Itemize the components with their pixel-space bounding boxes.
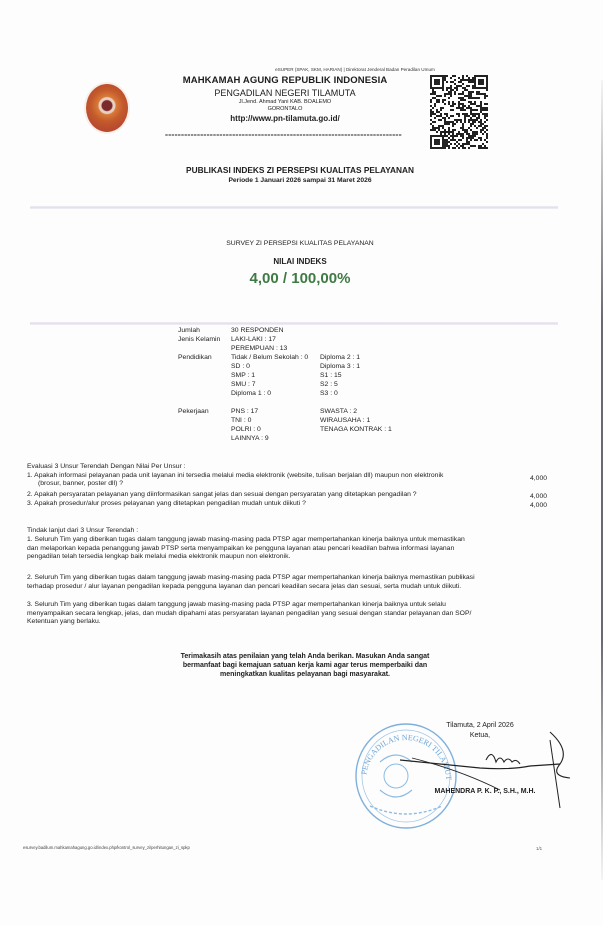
evaluation-score-1: 4,000 (530, 475, 547, 482)
job-item: TNI : 0 (231, 416, 269, 425)
org-city: GORONTALO (150, 106, 420, 112)
followup-line: terhadap prosedur / alur layanan pengadi… (27, 583, 582, 592)
edu-item: Diploma 1 : 0 (231, 389, 308, 398)
footer-url: esurvey.badilum.mahkamahagung.go.id/inde… (23, 845, 190, 850)
publication-title: PUBLIKASI INDEKS ZI PERSEPSI KUALITAS PE… (100, 165, 500, 175)
qr-code-icon (430, 75, 488, 149)
closing-message: Terimakasih atas penilaian yang telah An… (140, 652, 470, 679)
court-emblem-icon (86, 84, 128, 132)
edu-item: Diploma 2 : 1 (320, 353, 360, 362)
evaluation-heading: Evaluasi 3 Unsur Terendah Dengan Nilai P… (27, 463, 186, 472)
education-col2: Diploma 2 : 1 Diploma 3 : 1 S1 : 15 S2 :… (320, 353, 360, 398)
followup-item-1: 1. Seluruh Tim yang diberikan tugas dala… (27, 536, 582, 562)
evaluation-score-2: 4,000 (530, 493, 547, 500)
followup-line: 3. Seluruh Tim yang diberikan tugas dala… (27, 601, 582, 610)
gender-female: PEREMPUAN : 13 (231, 344, 287, 353)
gender-male: LAKI-LAKI : 17 (231, 335, 276, 344)
followup-item-2: 2. Seluruh Tim yang diberikan tugas dala… (27, 574, 582, 591)
edu-item: S1 : 15 (320, 371, 360, 380)
edu-item: Tidak / Belum Sekolah : 0 (231, 353, 308, 362)
org-title: MAHKAMAH AGUNG REPUBLIK INDONESIA (150, 75, 420, 86)
signature-icon (400, 730, 580, 810)
followup-line: 1. Seluruh Tim yang diberikan tugas dala… (27, 536, 582, 545)
followup-line: dan melaporkan kepada penanggung jawab P… (27, 545, 582, 554)
survey-name: SURVEY ZI PERSEPSI KUALITAS PELAYANAN (150, 240, 450, 247)
job-item: LAINNYA : 9 (231, 434, 269, 443)
jumlah-label: Jumlah (178, 326, 200, 335)
job-item: PNS : 17 (231, 407, 269, 416)
followup-heading: Tindak lanjut dari 3 Unsur Terendah : (27, 527, 582, 536)
edu-item: SMP : 1 (231, 371, 308, 380)
section-divider (30, 322, 558, 325)
job-col1: PNS : 17 TNI : 0 POLRI : 0 LAINNYA : 9 (231, 407, 269, 443)
index-label: NILAI INDEKS (150, 257, 450, 266)
followup-line: 2. Seluruh Tim yang diberikan tugas dala… (27, 574, 582, 583)
edu-item: S3 : 0 (320, 389, 360, 398)
scan-edge (601, 80, 603, 880)
gender-label: Jenis Kelamin (178, 335, 220, 344)
closing-line: meningkatkan kualitas pelayanan bagi mas… (140, 670, 470, 679)
edu-item: S2 : 5 (320, 380, 360, 389)
jumlah-value: 30 RESPONDEN (231, 326, 284, 335)
signature-place-date: Tilamuta, 2 April 2026 (425, 722, 535, 729)
evaluation-item-1-cont: (brosur, banner, poster dll) ? (38, 480, 123, 489)
evaluation-item-3: 3. Apakah prosedur/alur proses pelayanan… (27, 500, 306, 509)
header-top-line: eSUPER (SPAK, SKM, HARIAN) | Direktorat … (225, 67, 485, 72)
followup-line: menyampaikan secara lengkap, jelas, dan … (27, 610, 582, 619)
job-label: Pekerjaan (178, 407, 209, 416)
signature-role: Ketua, (425, 732, 535, 739)
closing-line: Terimakasih atas penilaian yang telah An… (140, 652, 470, 661)
page-number: 1/1 (536, 846, 542, 851)
education-col1: Tidak / Belum Sekolah : 0 SD : 0 SMP : 1… (231, 353, 308, 398)
edu-item: SMU : 7 (231, 380, 308, 389)
job-item: TENAGA KONTRAK : 1 (320, 425, 392, 434)
followup-line: pengadilan telah tersedia lengkap baik m… (27, 553, 582, 562)
followup-line: Ketentuan yang berlaku. (27, 618, 582, 627)
followup-item-3: 3. Seluruh Tim yang diberikan tugas dala… (27, 601, 582, 627)
org-url-link[interactable]: http://www.pn-tilamuta.go.id/ (150, 114, 420, 123)
job-col2: SWASTA : 2 WIRAUSAHA : 1 TENAGA KONTRAK … (320, 407, 392, 434)
signatory-name: MAHENDRA P. K. P., S.H., M.H. (410, 788, 560, 795)
closing-line: bermanfaat bagi kemajuan satuan kerja ka… (140, 661, 470, 670)
edu-item: Diploma 3 : 1 (320, 362, 360, 371)
evaluation-item-2: 2. Apakah persyaratan pelayanan yang dii… (27, 491, 417, 500)
header-separator: ========================================… (165, 133, 419, 139)
org-address: Jl.Jend. Ahmad Yani KAB. BOALEMO (150, 99, 420, 105)
evaluation-score-3: 4,000 (530, 502, 547, 509)
section-divider (30, 206, 558, 209)
job-item: WIRAUSAHA : 1 (320, 416, 392, 425)
job-item: SWASTA : 2 (320, 407, 392, 416)
org-subtitle: PENGADILAN NEGERI TILAMUTA (150, 88, 420, 98)
publication-period: Periode 1 Januari 2026 sampai 31 Maret 2… (100, 177, 500, 184)
index-value: 4,00 / 100,00% (150, 270, 450, 287)
job-item: POLRI : 0 (231, 425, 269, 434)
education-label: Pendidikan (178, 353, 212, 362)
edu-item: SD : 0 (231, 362, 308, 371)
